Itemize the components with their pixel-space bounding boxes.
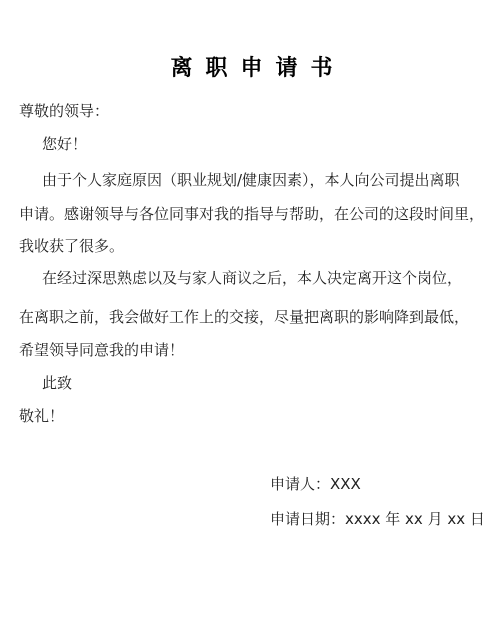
document-title: 离职申请书 (0, 55, 500, 83)
closing-line-2: 敬礼！ (19, 406, 64, 426)
paragraph-1-line-2: 申请。感谢领导与各位同事对我的指导与帮助，在公司的这段时间里， (19, 204, 484, 224)
paragraph-2-line-1: 在经过深思熟虑以及与家人商议之后，本人决定离开这个岗位， (42, 268, 462, 288)
paragraph-1-line-3: 我收获了很多。 (19, 236, 124, 256)
salutation: 尊敬的领导： (19, 101, 109, 121)
greeting: 您好！ (42, 134, 87, 154)
paragraph-2-line-3: 希望领导同意我的申请！ (19, 340, 184, 360)
paragraph-1-line-1: 由于个人家庭原因（职业规划/健康因素），本人向公司提出离职 (42, 170, 460, 190)
application-date: 申请日期：xxxx 年 xx 月 xx 日 (270, 509, 485, 529)
closing-line-1: 此致 (42, 373, 72, 393)
paragraph-2-line-2: 在离职之前，我会做好工作上的交接，尽量把离职的影响降到最低， (19, 307, 469, 327)
applicant-signature: 申请人：XXX (270, 474, 361, 494)
